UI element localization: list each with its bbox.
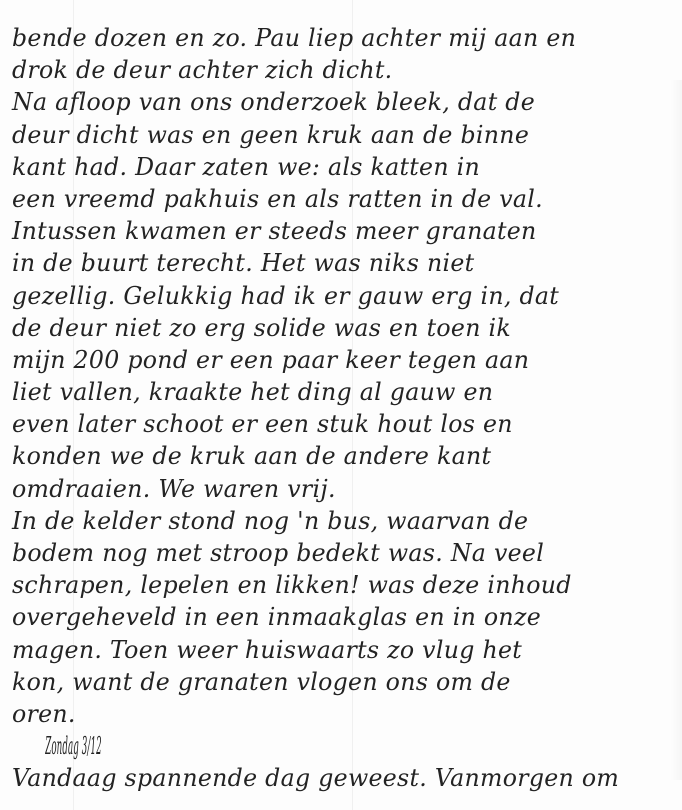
text-line: In de kelder stond nog 'n bus, waarvan d…: [12, 505, 667, 537]
text-line: even later schoot er een stuk hout los e…: [12, 408, 667, 440]
text-line: Na afloop van ons onderzoek bleek, dat d…: [12, 86, 667, 118]
handwritten-text: bende dozen en zo. Pau liep achter mij a…: [12, 22, 677, 795]
text-line: bodem nog met stroop bedekt was. Na veel: [12, 537, 667, 569]
text-line: overgeheveld in een inmaakglas en in onz…: [12, 601, 667, 633]
text-line: gezellig. Gelukkig had ik er gauw erg in…: [12, 280, 667, 312]
text-line: oren.: [12, 698, 667, 730]
text-line: Intussen kwamen er steeds meer granaten: [12, 215, 667, 247]
text-line: konden we de kruk aan de andere kant: [12, 440, 667, 472]
text-line: de deur niet zo erg solide was en toen i…: [12, 312, 667, 344]
text-line: deur dicht was en geen kruk aan de binne: [12, 119, 667, 151]
text-line: kon, want de granaten vlogen ons om de: [12, 666, 667, 698]
text-line: in de buurt terecht. Het was niks niet: [12, 247, 667, 279]
text-line: bende dozen en zo. Pau liep achter mij a…: [12, 22, 667, 54]
text-line: een vreemd pakhuis en als ratten in de v…: [12, 183, 667, 215]
date-heading: Zondag 3/12: [12, 730, 252, 762]
text-line: magen. Toen weer huiswaarts zo vlug het: [12, 634, 667, 666]
text-line: mijn 200 pond er een paar keer tegen aan: [12, 344, 667, 376]
text-line: Vandaag spannende dag geweest. Vanmorgen…: [12, 762, 667, 794]
text-line: schrapen, lepelen en likken! was deze in…: [12, 569, 667, 601]
text-line: kant had. Daar zaten we: als katten in: [12, 151, 667, 183]
diary-page: bende dozen en zo. Pau liep achter mij a…: [0, 0, 682, 810]
text-line: liet vallen, kraakte het ding al gauw en: [12, 376, 667, 408]
text-line: omdraaien. We waren vrij.: [12, 473, 667, 505]
text-line: drok de deur achter zich dicht.: [12, 54, 667, 86]
